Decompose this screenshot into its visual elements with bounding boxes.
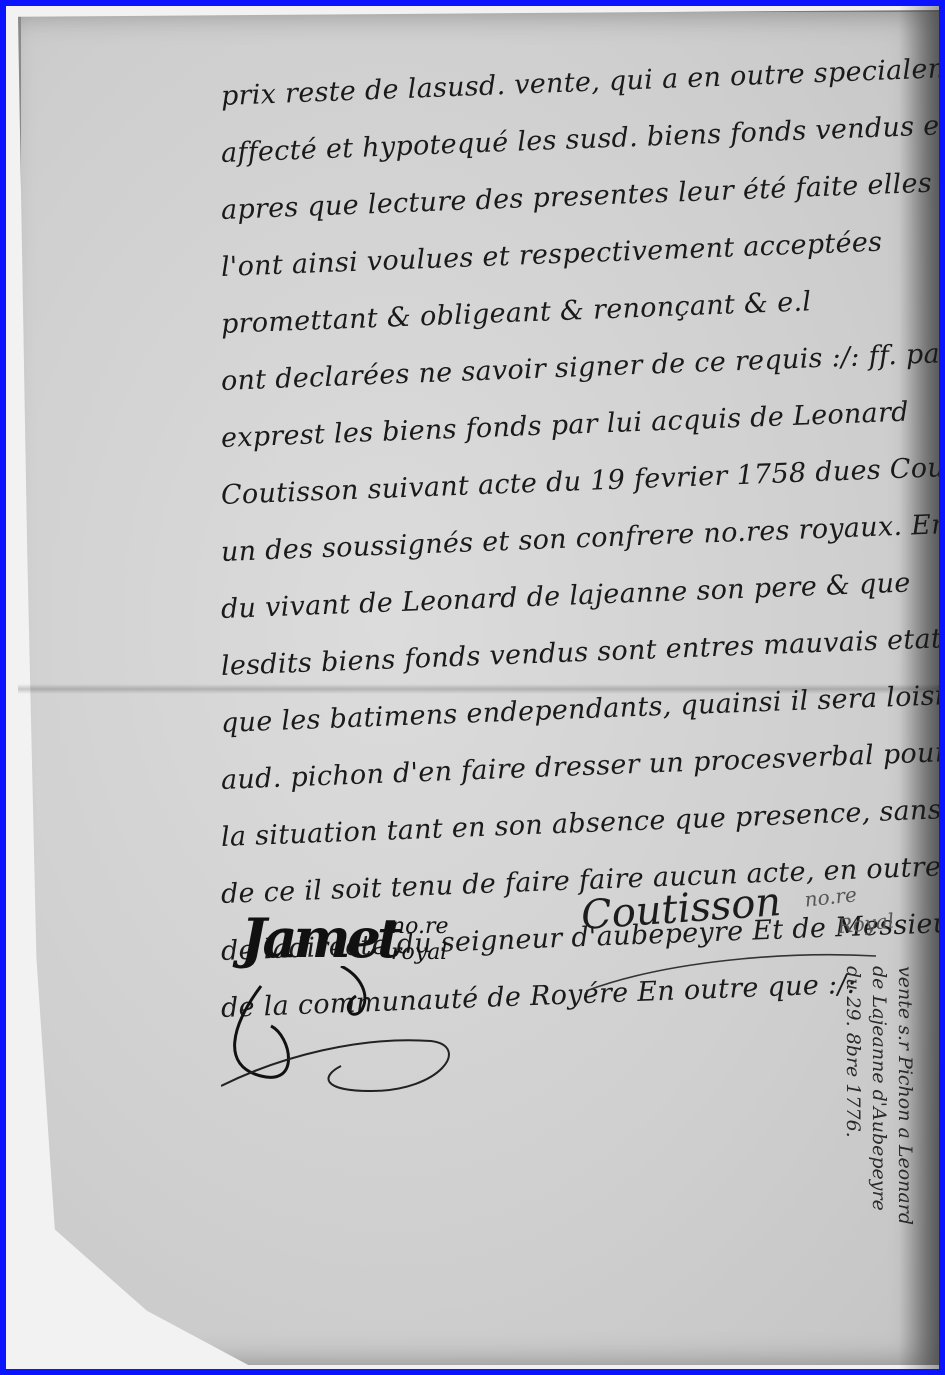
margin-line: de Lajeanne d'Aubepeyre — [866, 966, 892, 1356]
margin-line: vente s.r Pichon a Leonard — [892, 966, 918, 1356]
signature-name: Coutisson — [580, 879, 783, 939]
signature-name: Jamet — [241, 906, 398, 970]
margin-line: du 29. 8bre 1776. — [840, 966, 866, 1356]
signature-title: no.re royal — [391, 914, 449, 966]
signature-left: Jamet no.re royal — [221, 906, 451, 1086]
image-frame: prix reste de lasusd. vente, qui a en ou… — [6, 6, 939, 1369]
signature-title: no.re Royal — [803, 876, 896, 945]
signature-flourish-icon — [221, 966, 461, 1096]
margin-annotation: vente s.r Pichon a Leonard de Lajeanne d… — [828, 966, 918, 1356]
